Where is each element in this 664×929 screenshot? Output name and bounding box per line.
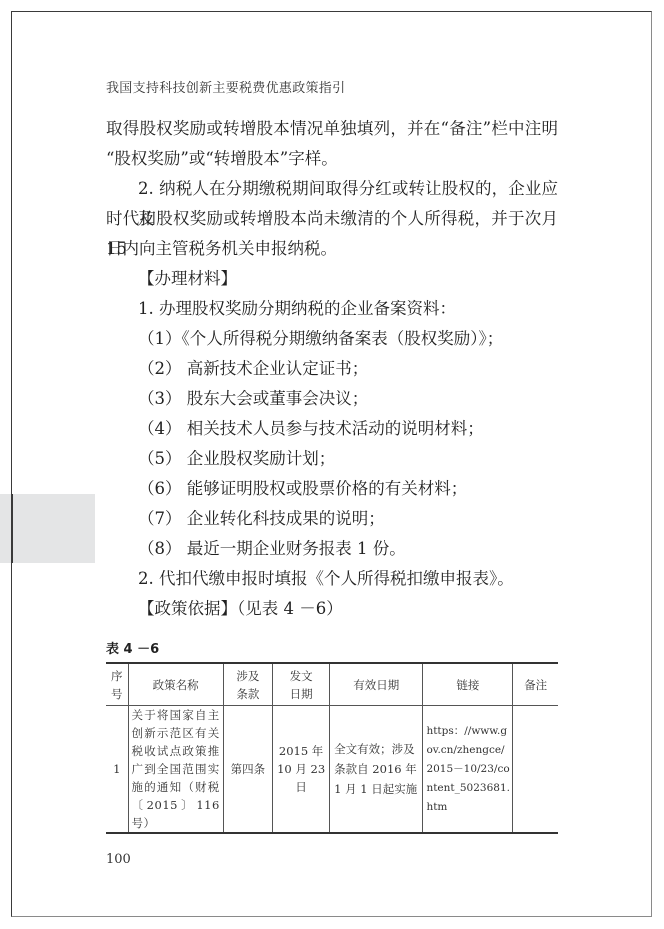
running-header: 我国支持科技创新主要税费优惠政策指引 — [106, 77, 345, 96]
text-line: 【政策依据】（见表 4 －6） — [106, 594, 558, 624]
text-line: （4） 相关技术人员参与技术活动的说明材料； — [106, 414, 558, 444]
header-valid-date: 有效日期 — [330, 663, 423, 706]
text-line: （1）《个人所得税分期缴纳备案表（股权奖励）》； — [106, 324, 558, 354]
page-border-segment — [11, 494, 13, 563]
text-line: 2. 纳税人在分期缴税期间取得分红或转让股权的，企业应及 — [106, 174, 558, 204]
table-header-row: 序号 政策名称 涉及条款 发文日期 有效日期 链接 备注 — [106, 663, 558, 706]
page-number: 100 — [106, 852, 131, 867]
text-line: 【办理材料】 — [106, 264, 558, 294]
text-line: （6） 能够证明股权或股票价格的有关材料； — [106, 474, 558, 504]
cell-note — [513, 706, 558, 834]
text-line: （7） 企业转化科技成果的说明； — [106, 504, 558, 534]
cell-issue-date: 2015 年10 月 23 日 — [273, 706, 330, 834]
header-note: 备注 — [513, 663, 558, 706]
text-line: 取得股权奖励或转增股本情况单独填列，并在“备注”栏中注明 — [106, 114, 558, 144]
text-line: （5） 企业股权奖励计划； — [106, 444, 558, 474]
chapter-side-tab — [0, 494, 95, 563]
header-seq: 序号 — [106, 663, 128, 706]
cell-valid-date: 全文有效；涉及条款自 2016 年 1 月 1 日起实施 — [330, 706, 423, 834]
body-text: 取得股权奖励或转增股本情况单独填列，并在“备注”栏中注明“股权奖励”或“转增股本… — [106, 114, 558, 624]
text-line: 1. 办理股权奖励分期纳税的企业备案资料： — [106, 294, 558, 324]
text-line: 时代扣股权奖励或转增股本尚未缴清的个人所得税，并于次月 15 — [106, 204, 558, 234]
cell-clause: 第四条 — [223, 706, 272, 834]
text-line: 2. 代扣代缴申报时填报《个人所得税扣缴申报表》。 — [106, 564, 558, 594]
text-line: “股权奖励”或“转增股本”字样。 — [106, 144, 558, 174]
table-row: 1 关于将国家自主创新示范区有关税收试点政策推广到全国范围实施的通知（财税〔20… — [106, 706, 558, 834]
text-line: 日内向主管税务机关申报纳税。 — [106, 234, 558, 264]
cell-link[interactable]: https：//www.gov.cn/zhengce/2015－10/23/co… — [423, 706, 513, 834]
text-line: （8） 最近一期企业财务报表 1 份。 — [106, 534, 558, 564]
header-clause: 涉及条款 — [223, 663, 272, 706]
table-title: 表 4 －6 — [106, 638, 159, 657]
text-line: （3） 股东大会或董事会决议； — [106, 384, 558, 414]
policy-table: 序号 政策名称 涉及条款 发文日期 有效日期 链接 备注 1 关于将国家自主创新… — [106, 662, 558, 834]
text-line: （2） 高新技术企业认定证书； — [106, 354, 558, 384]
header-link: 链接 — [423, 663, 513, 706]
header-policy-name: 政策名称 — [128, 663, 223, 706]
cell-policy-name: 关于将国家自主创新示范区有关税收试点政策推广到全国范围实施的通知（财税〔2015… — [128, 706, 223, 834]
cell-seq: 1 — [106, 706, 128, 834]
header-issue-date: 发文日期 — [273, 663, 330, 706]
